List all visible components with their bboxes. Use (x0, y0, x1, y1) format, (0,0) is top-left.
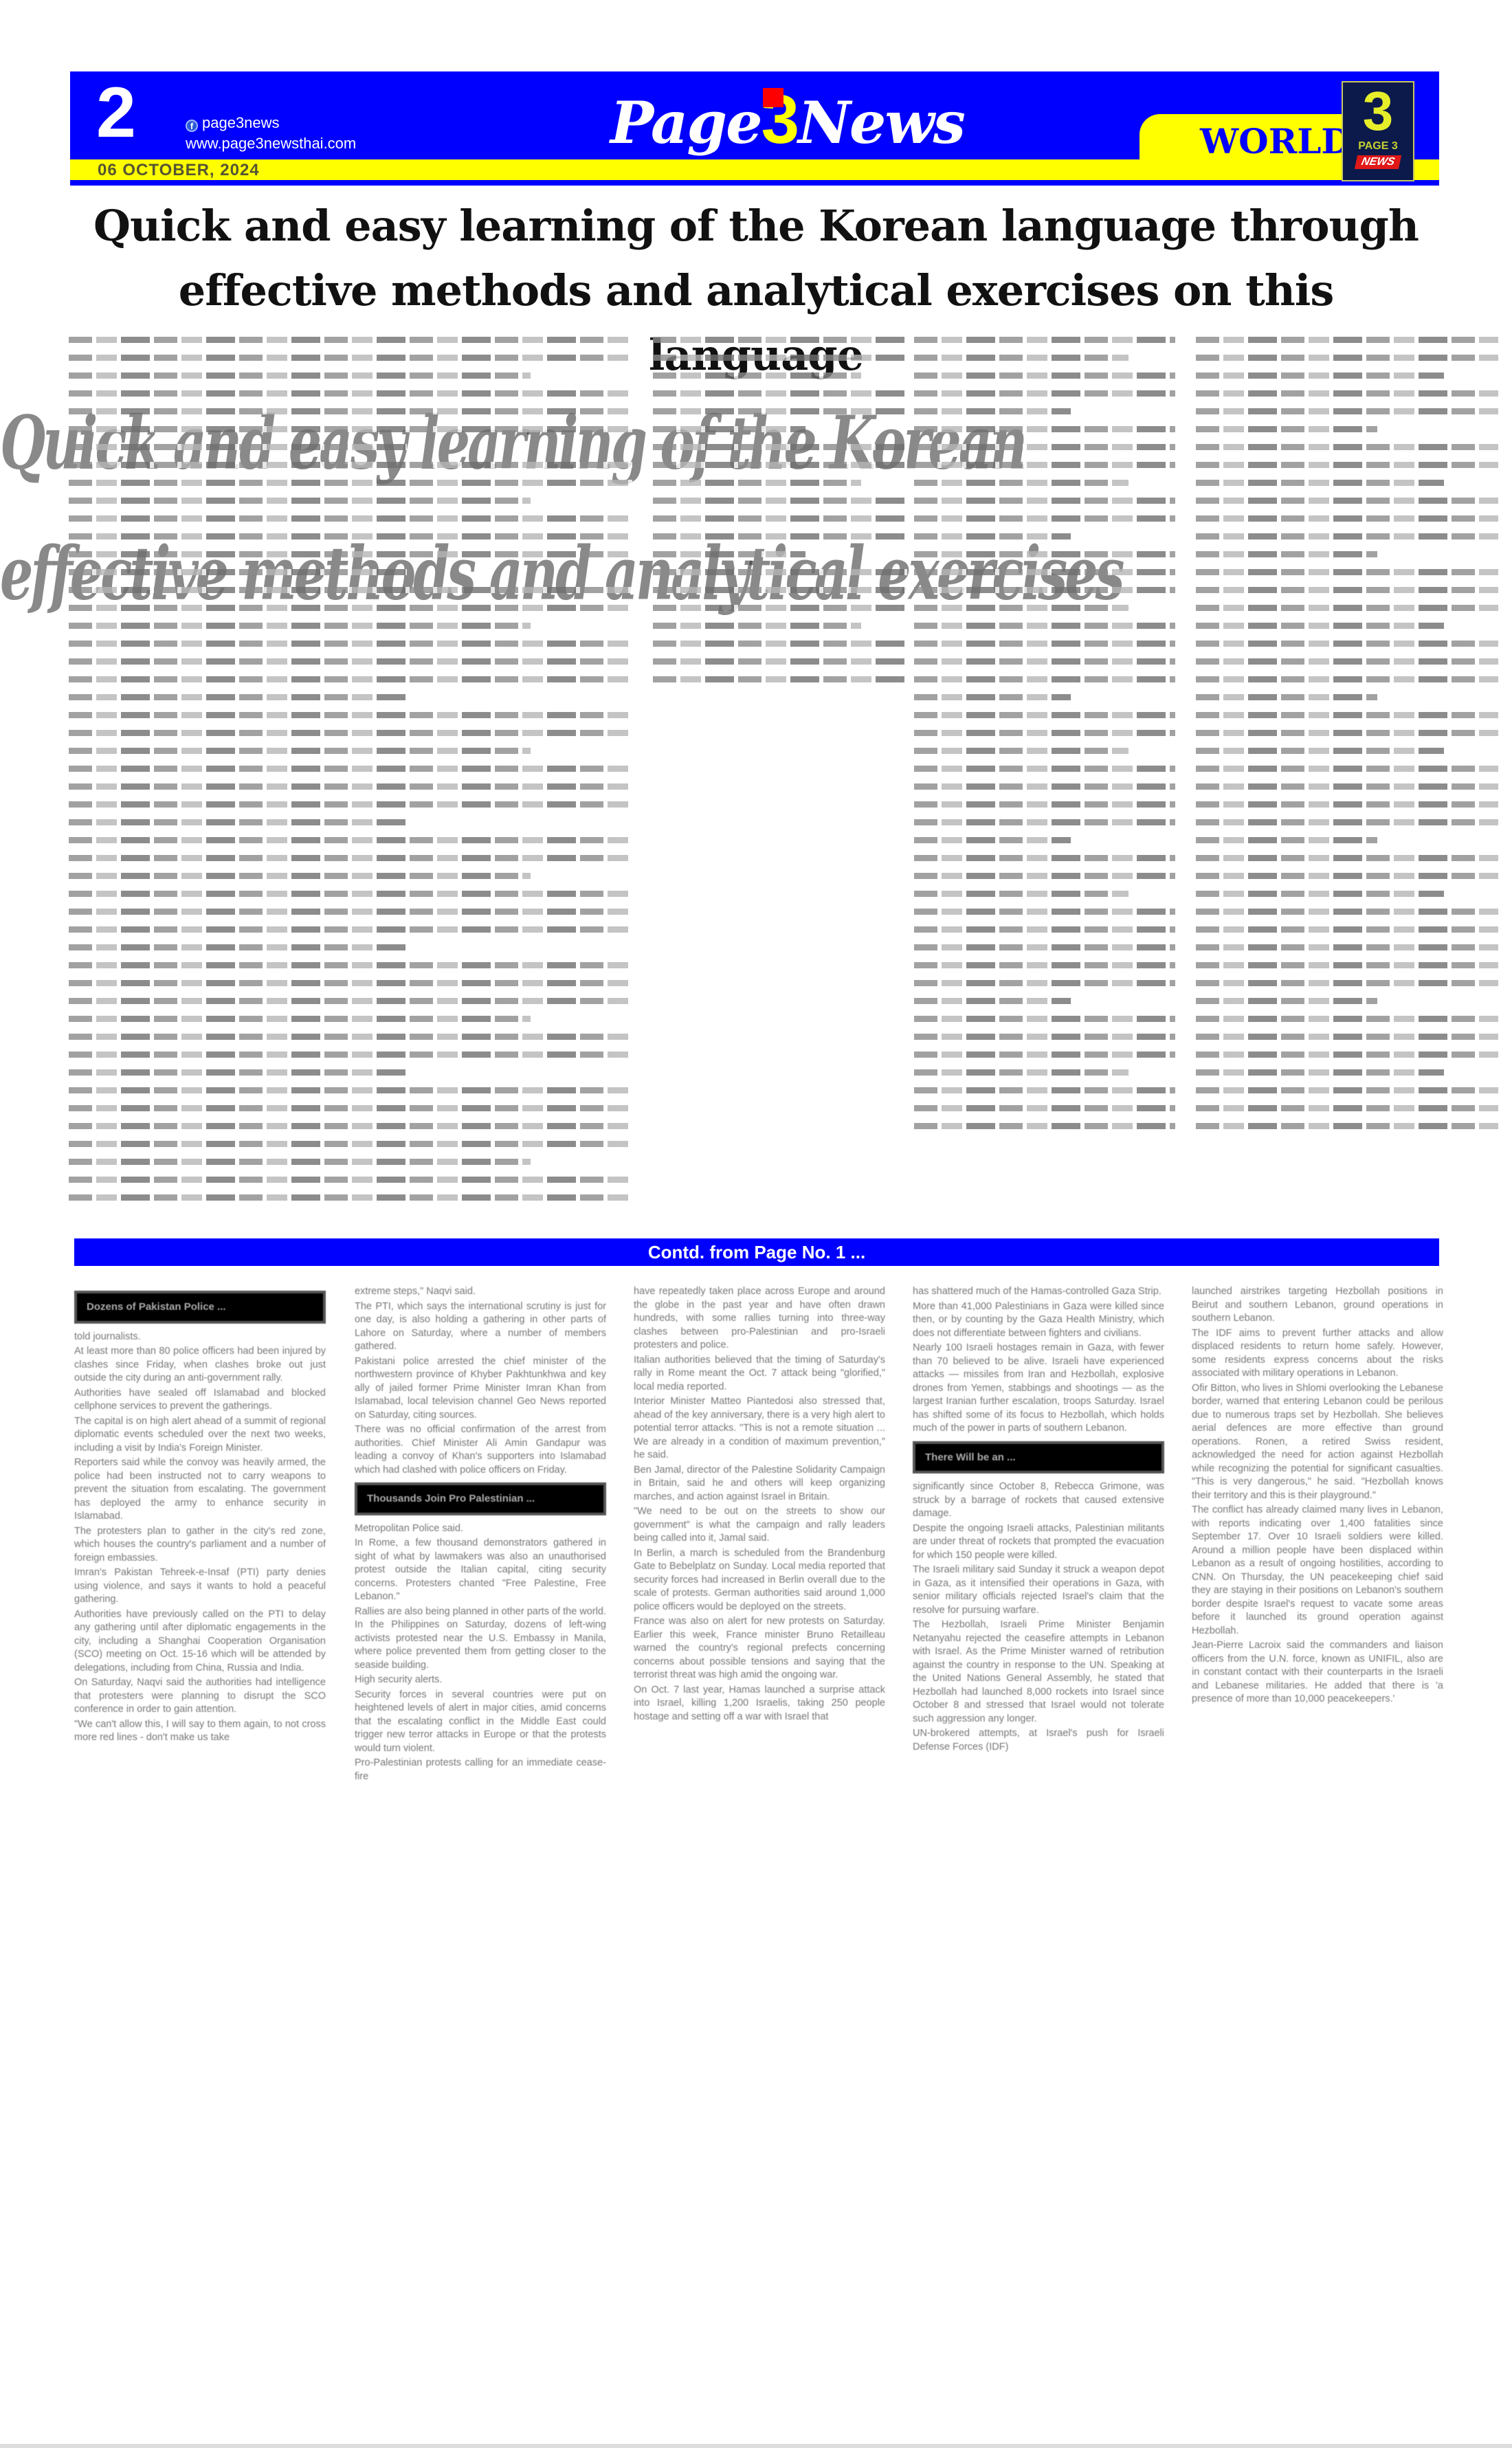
paragraph: Metropolitan Police said. (355, 1522, 606, 1536)
paragraph: The conflict has already claimed many li… (1192, 1504, 1443, 1638)
paragraph: extreme steps," Naqvi said. (355, 1285, 606, 1299)
text-column-1 (69, 337, 632, 1212)
paragraph: Authorities have sealed off Islamabad an… (74, 1387, 326, 1414)
paragraph: have repeatedly taken place across Europ… (634, 1285, 885, 1353)
facebook-icon: f (186, 120, 198, 132)
column-subhead: Dozens of Pakistan Police ... (74, 1291, 326, 1324)
paragraph: In Rome, a few thousand demonstrators ga… (355, 1537, 606, 1604)
section-label: WORLD (1200, 121, 1351, 162)
social-links: fpage3news www.page3newsthai.com (186, 113, 356, 154)
column-1: Dozens of Pakistan Police ... told journ… (74, 1285, 326, 1746)
paragraph: Ben Jamal, director of the Palestine Sol… (634, 1464, 885, 1504)
newspaper-logo: Page3News (610, 85, 964, 154)
paragraph: Nearly 100 Israeli hostages remain in Ga… (913, 1342, 1164, 1436)
paragraph: Despite the ongoing Israeli attacks, Pal… (913, 1522, 1164, 1563)
paragraph: Security forces in several countries wer… (355, 1689, 606, 1756)
continued-from-banner: Contd. from Page No. 1 ... (74, 1238, 1439, 1266)
paragraph: told journalists. (74, 1331, 326, 1344)
paragraph: Pakistani police arrested the chief mini… (355, 1355, 606, 1423)
paragraph: In Berlin, a march is scheduled from the… (634, 1547, 885, 1614)
paragraph: Italian authorities believed that the ti… (634, 1354, 885, 1394)
paragraph: Ofir Bitton, who lives in Shlomi overloo… (1192, 1382, 1443, 1503)
column-3: have repeatedly taken place across Europ… (634, 1285, 885, 1725)
paragraph: The IDF aims to prevent further attacks … (1192, 1327, 1443, 1381)
paragraph: At least more than 80 police officers ha… (74, 1345, 326, 1386)
text-column-2 (653, 337, 907, 694)
paragraph: More than 41,000 Palestinians in Gaza we… (913, 1300, 1164, 1341)
paragraph: significantly since October 8, Rebecca G… (913, 1480, 1164, 1521)
continued-articles: Dozens of Pakistan Police ... told journ… (71, 1285, 1439, 2385)
paragraph: The Israeli military said Sunday it stru… (913, 1564, 1164, 1617)
paragraph: has shattered much of the Hamas-controll… (913, 1285, 1164, 1299)
badge-label: PAGE 3 (1343, 140, 1413, 153)
headline-line-1: Quick and easy learning of the Korean la… (93, 201, 1419, 251)
paragraph: Rallies are also being planned in other … (355, 1605, 606, 1673)
paragraph: There was no official confirmation of th… (355, 1423, 606, 1477)
website-link[interactable]: www.page3newsthai.com (186, 133, 356, 154)
paragraph: Interior Minister Matteo Piantedosi also… (634, 1395, 885, 1462)
text-column-3 (914, 337, 1175, 1141)
paragraph: The PTI, which says the international sc… (355, 1300, 606, 1354)
paragraph: The capital is on high alert ahead of a … (74, 1415, 326, 1456)
column-4: has shattered much of the Hamas-controll… (913, 1285, 1164, 1755)
page3-badge-icon: 3 PAGE 3 NEWS (1342, 81, 1414, 181)
paragraph: launched airstrikes targeting Hezbollah … (1192, 1285, 1443, 1326)
paragraph: Imran's Pakistan Tehreek-e-Insaf (PTI) p… (74, 1566, 326, 1607)
badge-news: NEWS (1355, 155, 1401, 169)
badge-number: 3 (1343, 82, 1413, 140)
column-subhead: Thousands Join Pro Palestinian ... (355, 1482, 606, 1515)
logo-text-left: Page (610, 89, 761, 157)
facebook-link[interactable]: fpage3news (186, 113, 356, 133)
paragraph: On Oct. 7 last year, Hamas launched a su… (634, 1684, 885, 1724)
paragraph: Pro-Palestinian protests calling for an … (355, 1757, 606, 1783)
facebook-handle: page3news (202, 114, 280, 131)
logo-text-right: News (798, 89, 964, 157)
column-subhead: There Will be an ... (913, 1441, 1164, 1474)
column-5: launched airstrikes targeting Hezbollah … (1192, 1285, 1443, 1708)
page-bottom-border (0, 2444, 1512, 2448)
paragraph: "We can't allow this, I will say to them… (74, 1718, 326, 1745)
text-column-4 (1196, 337, 1498, 1141)
page-number: 2 (96, 77, 136, 148)
paragraph: The protesters plan to gather in the cit… (74, 1525, 326, 1566)
paragraph: The Hezbollah, Israeli Prime Minister Be… (913, 1618, 1164, 1726)
article-body-distorted: Quick and easy learning of the Korean ef… (0, 330, 1512, 1223)
paragraph: "We need to be out on the streets to sho… (634, 1505, 885, 1546)
paragraph: Reporters said while the convoy was heav… (74, 1456, 326, 1524)
paragraph: UN-brokered attempts, at Israel's push f… (913, 1727, 1164, 1754)
masthead: 2 fpage3news www.page3newsthai.com Page3… (70, 71, 1439, 186)
column-2: extreme steps," Naqvi said. The PTI, whi… (355, 1285, 606, 1785)
paragraph: High security alerts. (355, 1673, 606, 1687)
paragraph: Jean-Pierre Lacroix said the commanders … (1192, 1639, 1443, 1706)
logo-number: 3 (761, 81, 799, 158)
paragraph: France was also on alert for new protest… (634, 1615, 885, 1682)
paragraph: On Saturday, Naqvi said the authorities … (74, 1676, 326, 1717)
issue-date: 06 OCTOBER, 2024 (98, 161, 260, 180)
paragraph: Authorities have previously called on th… (74, 1608, 326, 1676)
